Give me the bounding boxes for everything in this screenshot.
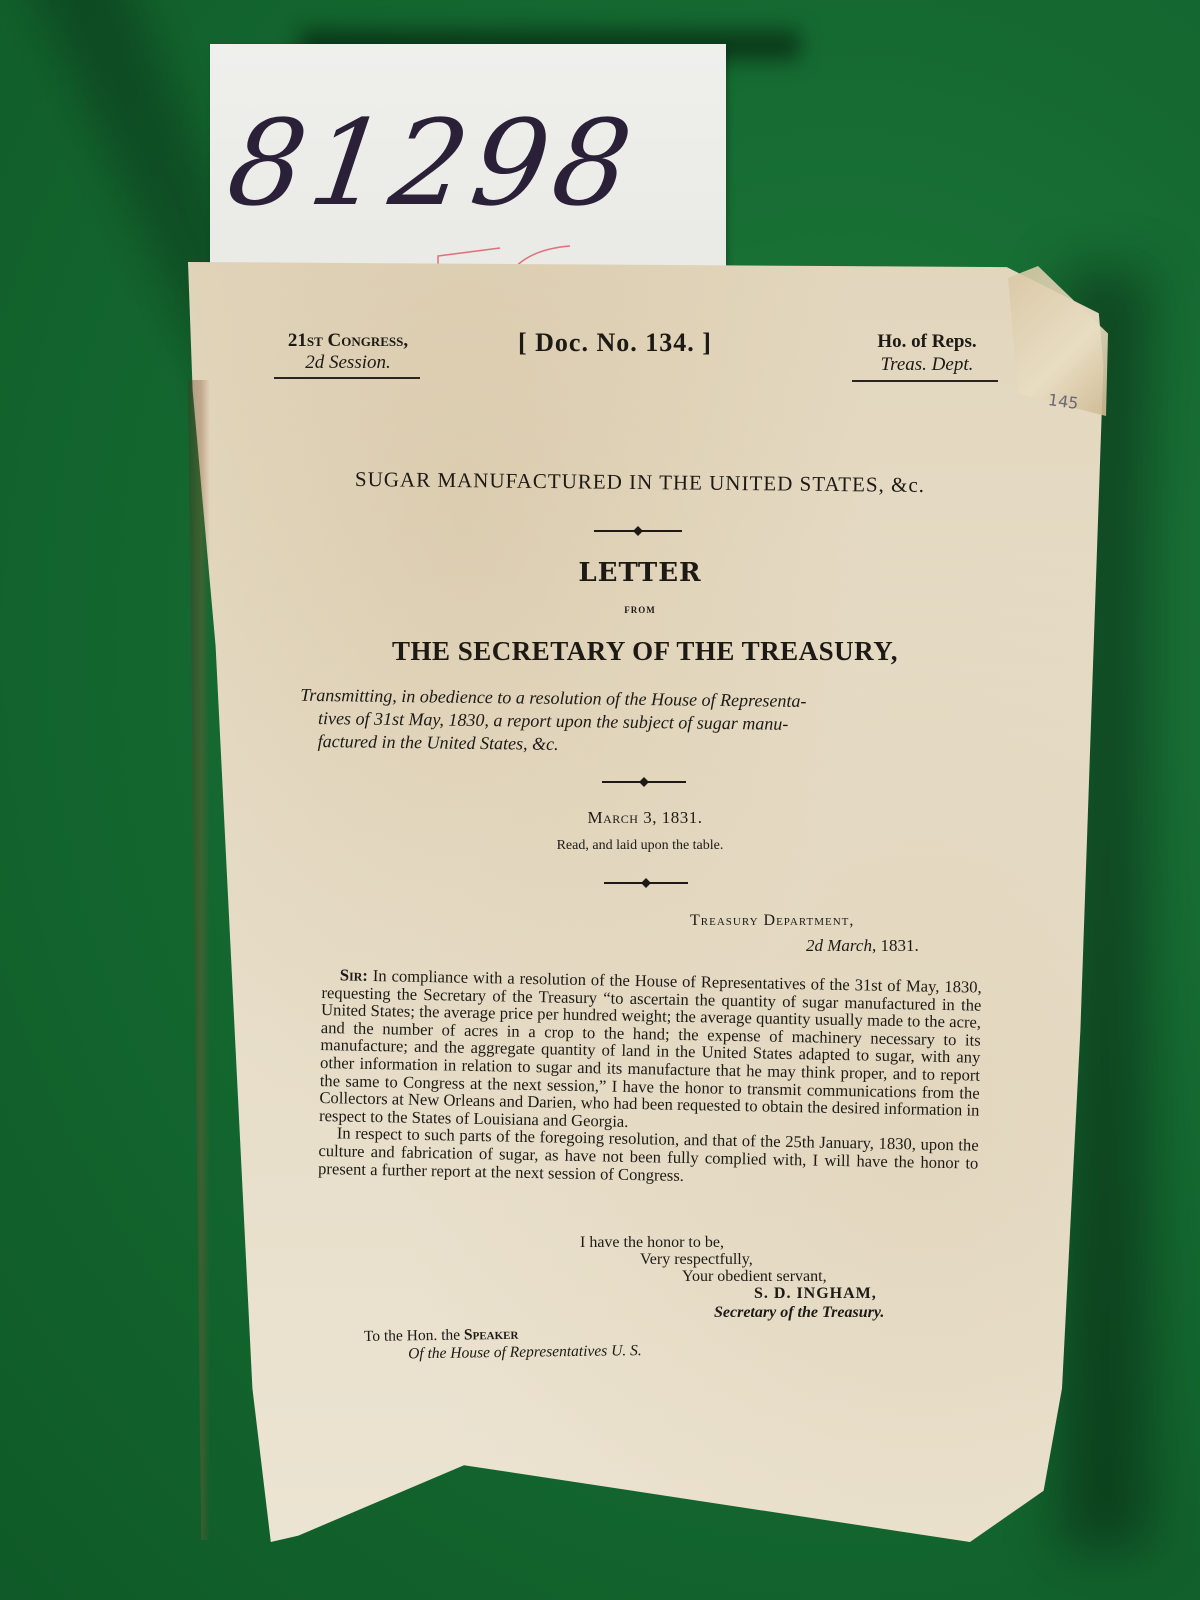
page-worn-edge bbox=[188, 380, 210, 1540]
dept-label: Treas. Dept. bbox=[852, 353, 1002, 376]
congress-session-label: 21st Congress, 2d Session. bbox=[268, 330, 428, 374]
letter-date-year: , 1831. bbox=[872, 936, 919, 955]
header-right-rule bbox=[852, 380, 998, 382]
body-paragraph-1: Sir: In compliance with a resolution of … bbox=[319, 966, 982, 1137]
ornament-divider-icon bbox=[594, 530, 682, 532]
signer-title: Secretary of the Treasury. bbox=[714, 1304, 884, 1322]
ornament-divider-icon bbox=[602, 781, 686, 783]
secretary-heading: THE SECRETARY OF THE TREASURY, bbox=[330, 636, 960, 667]
house-label: Ho. of Reps. bbox=[877, 331, 976, 352]
closing-line-2: Very respectfully, bbox=[640, 1251, 753, 1269]
house-dept-label: Ho. of Reps. Treas. Dept. bbox=[852, 330, 1002, 376]
addressee-house: Of the House of Representatives U. S. bbox=[364, 1342, 642, 1364]
inventory-number: 81298 bbox=[222, 104, 644, 222]
paragraph-1-text: In compliance with a resolution of the H… bbox=[319, 966, 982, 1131]
closing-line-3: Your obedient servant, bbox=[682, 1268, 827, 1286]
congress-label: 21st Congress, bbox=[288, 330, 408, 351]
document-number: [ Doc. No. 134. ] bbox=[518, 328, 712, 358]
treasury-department-label: Treasury Department, bbox=[690, 912, 854, 930]
report-date: March 3, 1831. bbox=[520, 808, 770, 828]
inventory-card: 81298 bbox=[210, 44, 726, 284]
letter-date: 2d March, 1831. bbox=[806, 936, 919, 956]
read-note: Read, and laid upon the table. bbox=[480, 838, 800, 854]
addressee-prefix: To the Hon. the bbox=[364, 1327, 464, 1345]
signer-name: S. D. INGHAM, bbox=[754, 1285, 877, 1303]
transmitting-description: Transmitting, in obedience to a resoluti… bbox=[300, 684, 991, 761]
closing-line-1: I have the honor to be, bbox=[580, 1234, 724, 1252]
from-label: FROM bbox=[600, 605, 680, 615]
addressee-block: To the Hon. the Speaker Of the House of … bbox=[364, 1324, 642, 1364]
addressee-title: Speaker bbox=[464, 1326, 519, 1344]
letter-date-day: 2d March bbox=[806, 936, 872, 955]
pencil-annotation: 145 bbox=[1047, 390, 1080, 413]
ornament-divider-icon bbox=[604, 882, 688, 884]
session-label: 2d Session. bbox=[268, 352, 428, 374]
letter-heading: LETTER bbox=[540, 558, 740, 588]
letter-body: Sir: In compliance with a resolution of … bbox=[318, 966, 982, 1190]
header-left-rule bbox=[274, 377, 420, 379]
document-page bbox=[188, 262, 1108, 1542]
salutation: Sir: bbox=[340, 965, 368, 985]
